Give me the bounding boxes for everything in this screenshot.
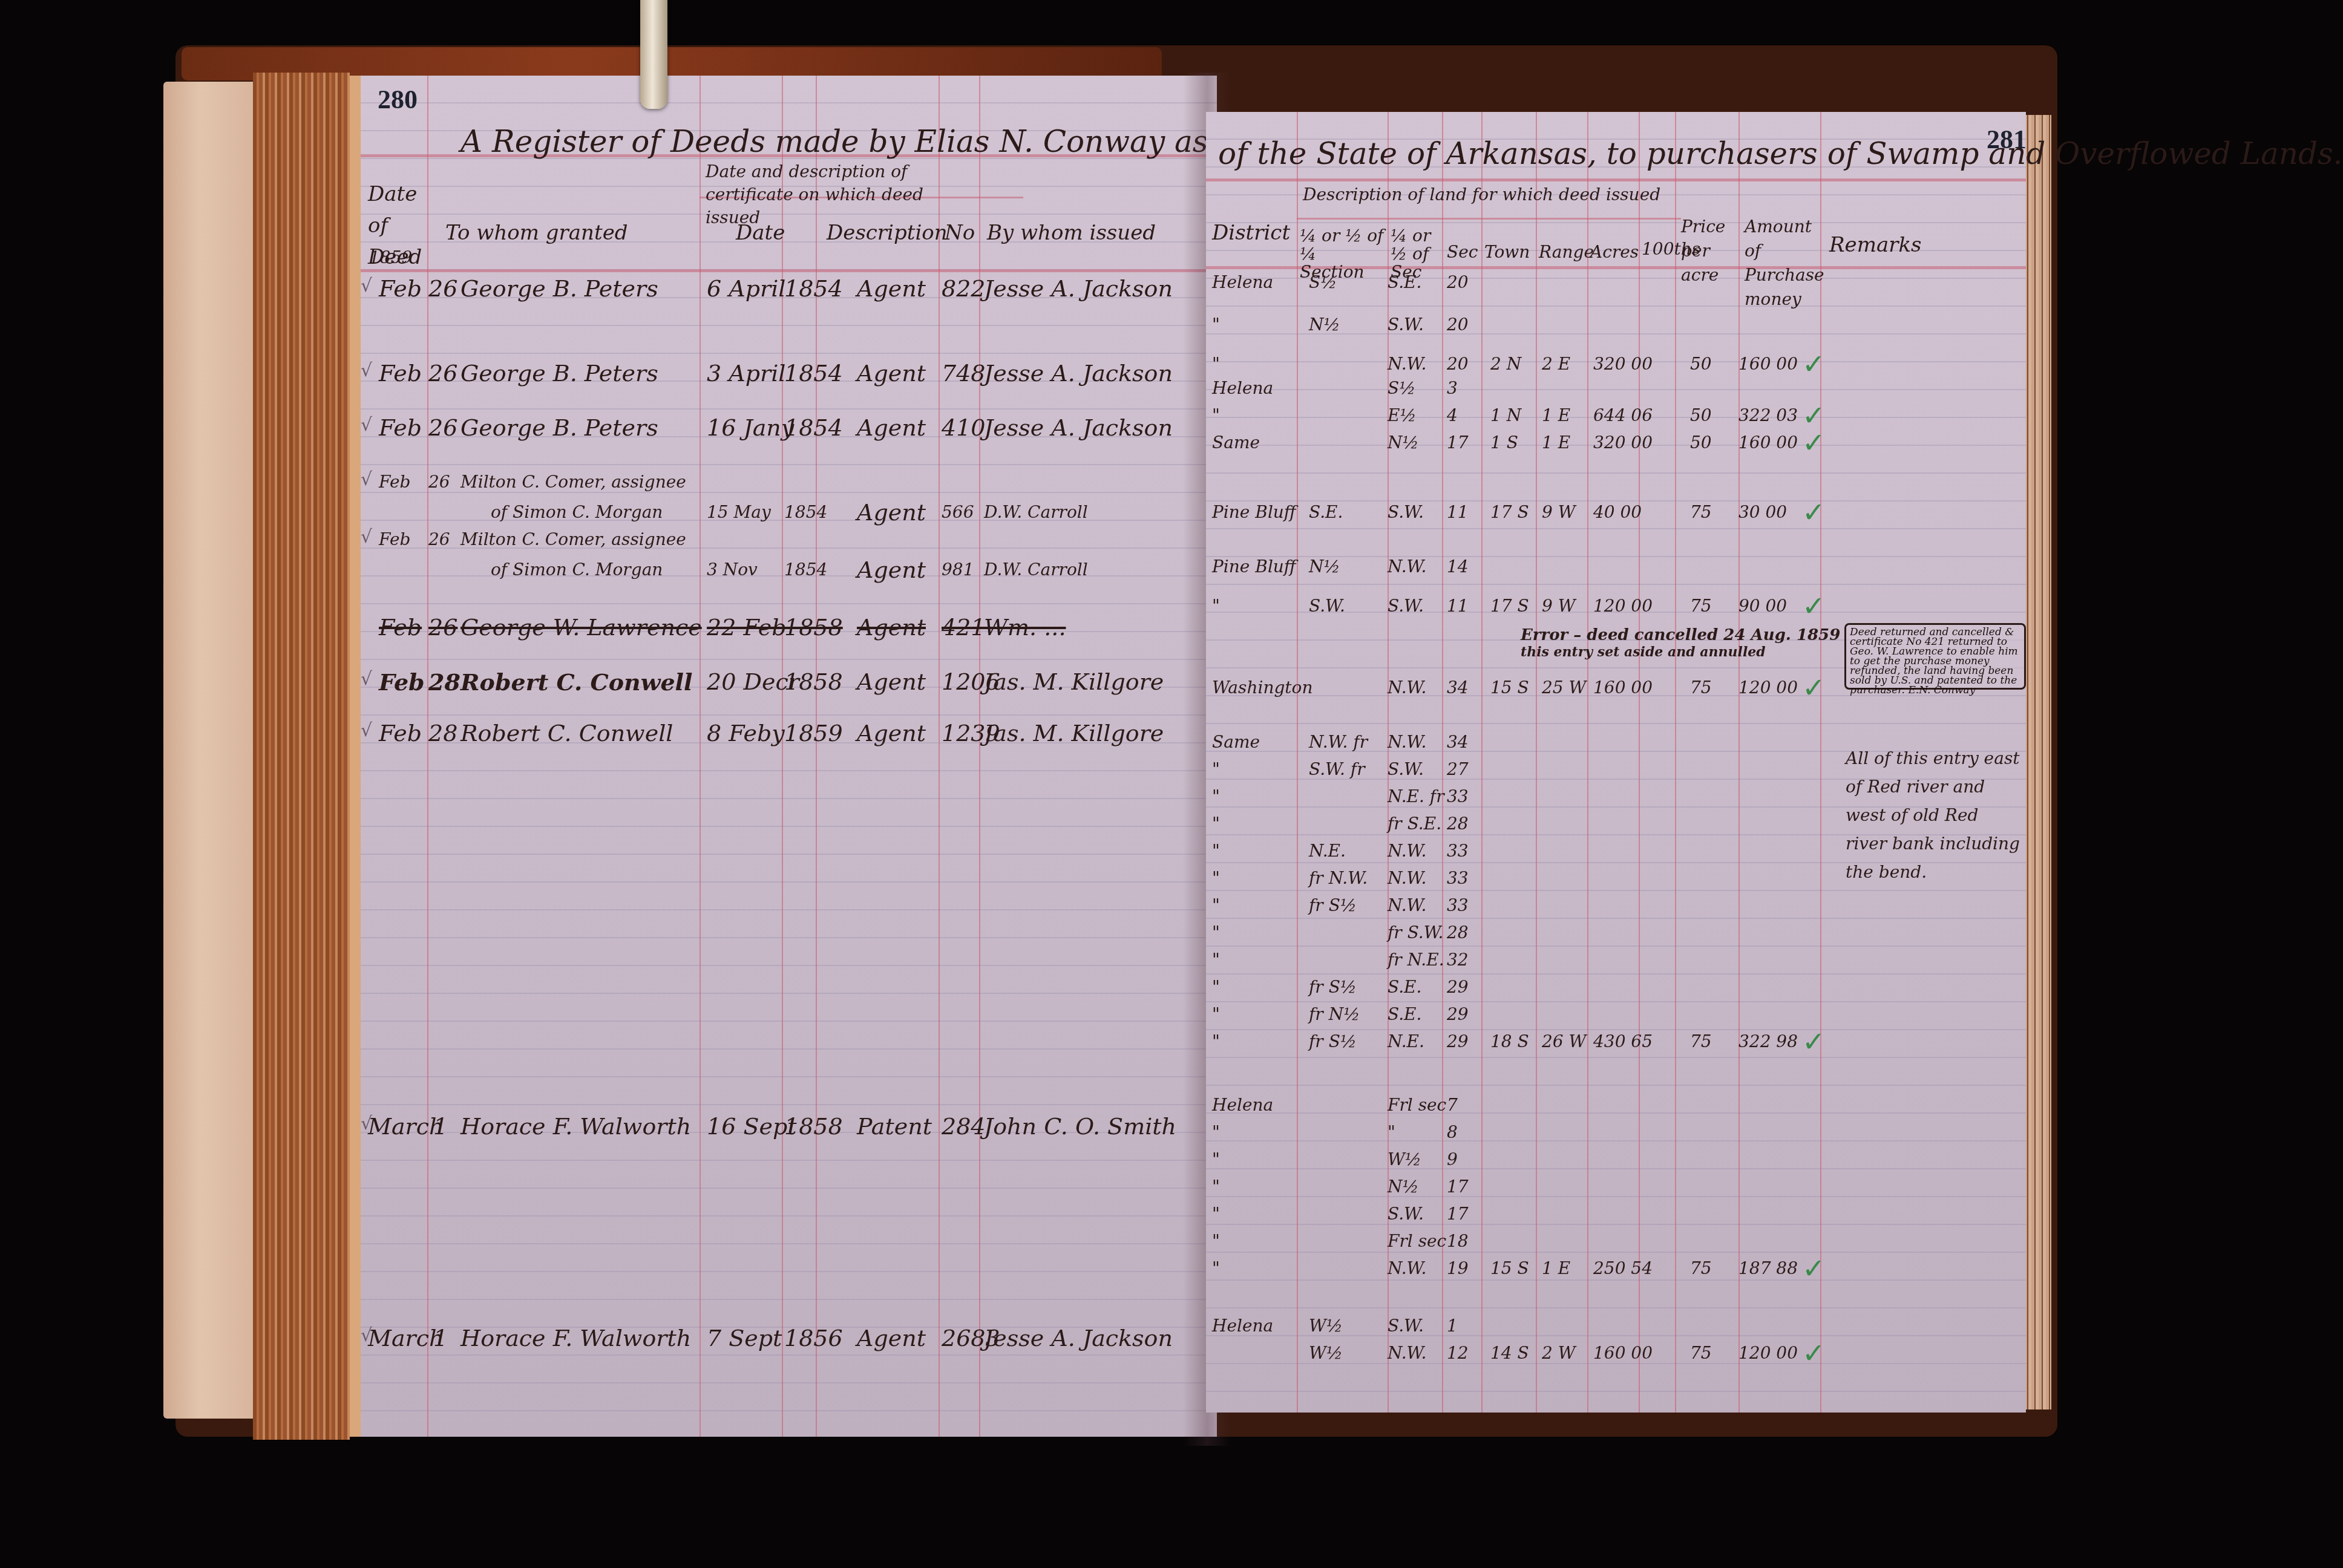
col-divider — [1536, 112, 1537, 1413]
deed-day-struck: 26 — [428, 614, 457, 641]
land-sec: 27 — [1447, 759, 1469, 779]
col-divider — [700, 76, 701, 1437]
page-stack-right — [2024, 115, 2051, 1410]
land-district: Helena — [1212, 1095, 1273, 1115]
cert-desc: Agent — [857, 557, 926, 583]
cert-year: 1858 — [784, 1113, 843, 1140]
land-sec: 32 — [1447, 950, 1469, 970]
deed-month: March — [368, 1113, 444, 1140]
land-district: Same — [1212, 433, 1260, 452]
land-sec: 9 — [1447, 1149, 1458, 1169]
land-acres: 160 00 — [1593, 678, 1653, 697]
page-number-left: 280 — [378, 84, 418, 115]
cert-date: 7 Sept — [707, 1325, 782, 1351]
land-qsec: S.E. — [1388, 1004, 1421, 1024]
land-acres: 320 00 — [1593, 433, 1653, 452]
cert-desc: Agent — [857, 499, 926, 526]
header-date: Date — [736, 221, 785, 245]
land-range: 9 W — [1542, 502, 1576, 522]
land-qsec: S.W. — [1388, 596, 1424, 616]
title-rule — [1206, 178, 2026, 181]
land-sec: 20 — [1447, 354, 1469, 374]
land-range: 9 W — [1542, 596, 1576, 616]
margin-check-icon: √ — [361, 668, 372, 690]
land-qsec: " — [1388, 1122, 1395, 1142]
grantee-line2: of Simon C. Morgan — [491, 502, 663, 522]
header-year: 1859 — [369, 247, 412, 267]
land-district: " — [1212, 759, 1220, 779]
header-town: Town — [1484, 242, 1530, 262]
land-acres: 320 00 — [1593, 354, 1653, 374]
grantee: Robert C. Conwell — [460, 668, 693, 696]
cert-year: 1854 — [784, 414, 843, 441]
land-qs: S.W. fr — [1309, 759, 1365, 779]
cert-no: 566 — [942, 502, 974, 522]
land-qs: N.E. — [1309, 841, 1346, 861]
land-range: 1 E — [1542, 433, 1570, 452]
cert-year: 1854 — [784, 275, 843, 302]
land-district: " — [1212, 1149, 1220, 1169]
header-price-per-acre: Price per acre — [1681, 215, 1735, 287]
group-rule — [1297, 218, 1681, 220]
cert-year: 1854 — [784, 502, 827, 522]
issued-by: Jas. M. Killgore — [984, 720, 1164, 746]
issued-by: Jas. M. Killgore — [984, 668, 1164, 695]
land-district: Washington — [1212, 678, 1313, 697]
land-sec: 20 — [1447, 315, 1469, 335]
green-check-icon: ✓ — [1802, 348, 1826, 381]
deed-month: Feb — [379, 360, 422, 387]
page-stack-left — [253, 73, 350, 1440]
deed-day: 28 — [428, 668, 460, 696]
land-qsec: N.W. — [1388, 732, 1426, 752]
land-town: 18 S — [1490, 1031, 1529, 1051]
land-qs: S.E. — [1309, 502, 1343, 522]
land-price: 50 — [1690, 354, 1712, 374]
land-district: " — [1212, 1122, 1220, 1142]
green-check-icon: ✓ — [1802, 1252, 1826, 1285]
land-sec: 29 — [1447, 1004, 1469, 1024]
header-certificate-group: Date and description of certificate on w… — [706, 160, 948, 229]
land-sec: 33 — [1447, 786, 1469, 806]
green-check-icon: ✓ — [1802, 590, 1826, 622]
land-district: Pine Bluff — [1212, 502, 1296, 522]
land-price: 50 — [1690, 405, 1712, 425]
land-amount: 90 00 — [1738, 596, 1787, 616]
land-sec: 19 — [1447, 1258, 1469, 1278]
land-sec: 28 — [1447, 923, 1469, 942]
land-district: Helena — [1212, 378, 1273, 398]
cert-desc: Agent — [857, 1325, 926, 1351]
land-amount: 160 00 — [1738, 433, 1798, 452]
land-qsec: N.E. — [1388, 1031, 1424, 1051]
cert-desc: Agent — [857, 275, 926, 302]
land-district: " — [1212, 786, 1220, 806]
deed-month: March — [368, 1325, 444, 1351]
land-qsec: N½ — [1388, 1177, 1419, 1197]
land-qs: fr S½ — [1309, 977, 1357, 997]
deed-day: 26 — [428, 275, 457, 302]
land-qsec: fr S.E. — [1388, 814, 1441, 834]
land-sec: 33 — [1447, 868, 1469, 888]
grantee: George B. Peters — [460, 275, 658, 302]
land-acres: 40 00 — [1593, 502, 1642, 522]
land-price: 50 — [1690, 433, 1712, 452]
land-acres: 430 65 — [1593, 1031, 1653, 1051]
land-qsec: S.W. — [1388, 502, 1424, 522]
land-amount: 322 98 — [1738, 1031, 1798, 1051]
land-qs: W½ — [1309, 1316, 1343, 1336]
header-description: Description — [827, 221, 948, 245]
land-sec: 11 — [1447, 596, 1469, 616]
grantee: Milton C. Comer, assignee — [460, 529, 686, 549]
cert-no: 410 — [942, 414, 986, 441]
land-qs: W½ — [1309, 1343, 1343, 1363]
cert-no: 748 — [942, 360, 986, 387]
col-divider — [1481, 112, 1483, 1413]
land-range: 25 W — [1542, 678, 1586, 697]
land-qs: N.W. fr — [1309, 732, 1368, 752]
land-qsec: S½ — [1388, 378, 1415, 398]
cert-date: 3 April — [707, 360, 786, 387]
land-qsec: N.E. fr — [1388, 786, 1444, 806]
land-amount: 120 00 — [1738, 1343, 1798, 1363]
header-remarks: Remarks — [1829, 233, 1922, 257]
deed-month: Feb — [379, 275, 422, 302]
land-sec: 20 — [1447, 272, 1469, 292]
land-acres: 160 00 — [1593, 1343, 1653, 1363]
land-qs: fr N.W. — [1309, 868, 1368, 888]
grantee-line2: of Simon C. Morgan — [491, 560, 663, 580]
header-range: Range — [1539, 242, 1594, 262]
land-qsec: N.W. — [1388, 868, 1426, 888]
deed-month: Feb — [379, 720, 422, 746]
grantee: George B. Peters — [460, 360, 658, 387]
land-qsec: S.E. — [1388, 272, 1421, 292]
land-acres: 250 54 — [1593, 1258, 1653, 1278]
land-sec: 34 — [1447, 732, 1469, 752]
land-town: 1 N — [1490, 405, 1521, 425]
cert-year-struck: 1858 — [784, 614, 843, 641]
col-divider — [1442, 112, 1443, 1413]
land-price: 75 — [1690, 1031, 1712, 1051]
land-sec: 17 — [1447, 433, 1469, 452]
header-by-whom-issued: By whom issued — [987, 221, 1156, 245]
deed-month: Feb — [379, 472, 410, 492]
land-town: 14 S — [1490, 1343, 1529, 1363]
land-district: " — [1212, 1177, 1220, 1197]
land-qsec: S.E. — [1388, 977, 1421, 997]
land-district: " — [1212, 1004, 1220, 1024]
land-district: " — [1212, 895, 1220, 915]
header-rule — [361, 269, 1217, 272]
cert-year: 1854 — [784, 360, 843, 387]
margin-check-icon: √ — [361, 720, 372, 741]
page-title-right: of the State of Arkansas, to purchasers … — [1218, 136, 2343, 171]
land-town: 15 S — [1490, 1258, 1529, 1278]
land-amount: 30 00 — [1738, 502, 1787, 522]
land-town: 17 S — [1490, 596, 1529, 616]
land-qsec: N.W. — [1388, 354, 1426, 374]
land-qsec: N½ — [1388, 433, 1419, 452]
cert-desc: Agent — [857, 414, 926, 441]
green-check-icon: ✓ — [1802, 671, 1826, 704]
col-divider — [1738, 112, 1740, 1413]
land-district: " — [1212, 1258, 1220, 1278]
deed-day: 26 — [428, 414, 457, 441]
left-page: 280 A Register of Deeds made by Elias N.… — [350, 76, 1217, 1437]
land-qsec: Frl sec — [1388, 1231, 1446, 1251]
issued-by-struck: Wm. ... — [984, 614, 1066, 641]
land-price: 75 — [1690, 678, 1712, 697]
deed-day: 26 — [428, 472, 450, 492]
col-divider — [1587, 112, 1588, 1413]
land-district: Helena — [1212, 1316, 1273, 1336]
land-sec: 18 — [1447, 1231, 1469, 1251]
land-qs: fr S½ — [1309, 1031, 1357, 1051]
land-amount: 120 00 — [1738, 678, 1798, 697]
land-sec: 28 — [1447, 814, 1469, 834]
land-sec: 33 — [1447, 895, 1469, 915]
land-qsec: N.W. — [1388, 1343, 1426, 1363]
cert-date: 16 Jany — [707, 414, 794, 441]
cert-desc: Patent — [857, 1113, 932, 1140]
cert-no: 981 — [942, 560, 974, 580]
land-sec: 34 — [1447, 678, 1469, 697]
grantee-struck: George W. Lawrence — [460, 614, 702, 641]
margin-check-icon: √ — [361, 526, 372, 547]
green-check-icon: ✓ — [1802, 1025, 1826, 1058]
issued-by: Jesse A. Jackson — [984, 414, 1173, 441]
land-district: " — [1212, 596, 1220, 616]
col-divider — [1820, 112, 1821, 1413]
photo-background: 280 A Register of Deeds made by Elias N.… — [0, 0, 2343, 1568]
deed-month-struck: Feb — [379, 614, 422, 641]
header-to-whom-granted: To whom granted — [445, 221, 628, 245]
land-qs: fr S½ — [1309, 895, 1357, 915]
land-sec: 7 — [1447, 1095, 1458, 1115]
cert-no: 822 — [942, 275, 986, 302]
issued-by: D.W. Carroll — [984, 560, 1088, 580]
land-qs: fr N½ — [1309, 1004, 1360, 1024]
land-sec: 29 — [1447, 977, 1469, 997]
land-district: " — [1212, 1204, 1220, 1224]
col-divider — [1297, 112, 1298, 1413]
header-district: District — [1212, 221, 1290, 245]
land-qsec: N.W. — [1388, 678, 1426, 697]
green-check-icon: ✓ — [1802, 1337, 1826, 1370]
margin-check-icon: √ — [361, 414, 372, 436]
cert-date: 6 April — [707, 275, 786, 302]
cert-desc: Agent — [857, 720, 926, 746]
land-sec: 17 — [1447, 1177, 1469, 1197]
land-district: " — [1212, 923, 1220, 942]
land-sec: 4 — [1447, 405, 1458, 425]
land-district: Pine Bluff — [1212, 557, 1296, 577]
deed-day: 26 — [428, 360, 457, 387]
remarks-washington: All of this entry east of Red river and … — [1846, 744, 2021, 886]
issued-by: Jesse A. Jackson — [984, 360, 1173, 387]
cert-date: 15 May — [707, 502, 771, 522]
deed-month: Feb — [379, 414, 422, 441]
land-sec: 29 — [1447, 1031, 1469, 1051]
land-amount: 160 00 — [1738, 354, 1798, 374]
land-range: 2 W — [1542, 1343, 1576, 1363]
header-amount: Amount of Purchase money — [1745, 215, 1817, 312]
land-price: 75 — [1690, 1258, 1712, 1278]
land-district: Same — [1212, 732, 1260, 752]
issued-by: Jesse A. Jackson — [984, 275, 1173, 302]
land-price: 75 — [1690, 1343, 1712, 1363]
cancellation-line1: Error – deed cancelled 24 Aug. 1859 — [1521, 626, 1840, 644]
cert-no-struck: 421 — [942, 614, 986, 641]
col-divider — [1639, 112, 1640, 1413]
land-qs: N½ — [1309, 315, 1340, 335]
header-sec: Sec — [1447, 242, 1478, 262]
land-qsec: E½ — [1388, 405, 1417, 425]
metal-bookmark — [640, 0, 667, 109]
land-price: 75 — [1690, 502, 1712, 522]
land-district: " — [1212, 868, 1220, 888]
land-sec: 17 — [1447, 1204, 1469, 1224]
grantee: Milton C. Comer, assignee — [460, 472, 686, 492]
land-qsec: S.W. — [1388, 759, 1424, 779]
land-qs: N½ — [1309, 557, 1340, 577]
margin-check-icon: √ — [361, 469, 372, 490]
grantee: Horace F. Walworth — [460, 1113, 691, 1140]
land-district: " — [1212, 354, 1220, 374]
land-district: " — [1212, 1231, 1220, 1251]
land-sec: 33 — [1447, 841, 1469, 861]
land-qsec: N.W. — [1388, 895, 1426, 915]
deed-day: 1 — [433, 1113, 448, 1140]
grantee: Robert C. Conwell — [460, 720, 673, 746]
land-town: 1 S — [1490, 433, 1518, 452]
land-range: 1 E — [1542, 405, 1570, 425]
cert-desc: Agent — [857, 360, 926, 387]
land-qs: S½ — [1309, 272, 1337, 292]
cert-date: 16 Sept — [707, 1113, 797, 1140]
cert-date-struck: 22 Feb — [707, 614, 787, 641]
land-district: Helena — [1212, 272, 1273, 292]
green-check-icon: ✓ — [1802, 496, 1826, 529]
cert-no: 284 — [942, 1113, 986, 1140]
land-sec: 11 — [1447, 502, 1469, 522]
cert-year: 1858 — [784, 668, 843, 695]
land-qsec: W½ — [1388, 1149, 1421, 1169]
land-qsec: fr N.E. — [1388, 950, 1444, 970]
cert-date: 8 Feby — [707, 720, 785, 746]
cancellation-line2: this entry set aside and annulled — [1521, 644, 1766, 660]
issued-by: Jesse A. Jackson — [984, 1325, 1173, 1351]
land-range: 26 W — [1542, 1031, 1586, 1051]
col-divider — [1675, 112, 1676, 1413]
cancellation-note: Deed returned and cancelled & certificat… — [1844, 623, 2026, 690]
grantee: George B. Peters — [460, 414, 658, 441]
flyleaf — [163, 82, 254, 1419]
land-district: " — [1212, 405, 1220, 425]
land-district: " — [1212, 841, 1220, 861]
land-qsec: S.W. — [1388, 1316, 1424, 1336]
land-amount: 187 88 — [1738, 1258, 1798, 1278]
cert-year: 1859 — [784, 720, 843, 746]
land-district: " — [1212, 315, 1220, 335]
cert-year: 1854 — [784, 560, 827, 580]
land-qsec: fr S.W. — [1388, 923, 1444, 942]
issued-by: John C. O. Smith — [984, 1113, 1176, 1140]
deed-day: 28 — [428, 720, 457, 746]
green-check-icon: ✓ — [1802, 426, 1826, 459]
header-no: No — [945, 221, 975, 245]
land-sec: 3 — [1447, 378, 1458, 398]
land-sec: 14 — [1447, 557, 1469, 577]
land-sec: 1 — [1447, 1316, 1458, 1336]
land-qsec: N.W. — [1388, 841, 1426, 861]
header-acres: Acres — [1590, 242, 1639, 262]
col-divider — [939, 76, 940, 1437]
margin-check-icon: √ — [361, 360, 372, 381]
land-qsec: Frl sec — [1388, 1095, 1446, 1115]
issued-by: D.W. Carroll — [984, 502, 1088, 522]
deed-month: Feb — [379, 529, 410, 549]
cert-year: 1856 — [784, 1325, 843, 1351]
land-town: 17 S — [1490, 502, 1529, 522]
land-acres: 644 06 — [1593, 405, 1653, 425]
land-range: 1 E — [1542, 1258, 1570, 1278]
cert-desc: Agent — [857, 668, 926, 695]
land-qsec: S.W. — [1388, 1204, 1424, 1224]
grantee: Horace F. Walworth — [460, 1325, 691, 1351]
land-qsec: N.W. — [1388, 1258, 1426, 1278]
land-qs: S.W. — [1309, 596, 1345, 616]
header-land-group: Description of land for which deed issue… — [1303, 185, 1660, 204]
land-town: 2 N — [1490, 354, 1521, 374]
land-amount: 322 03 — [1738, 405, 1798, 425]
cert-date: 3 Nov — [707, 560, 758, 580]
deed-day: 1 — [433, 1325, 448, 1351]
land-district: " — [1212, 814, 1220, 834]
land-qsec: S.W. — [1388, 315, 1424, 335]
land-acres: 120 00 — [1593, 596, 1653, 616]
cert-desc-struck: Agent — [857, 614, 926, 641]
land-district: " — [1212, 1031, 1220, 1051]
land-district: " — [1212, 950, 1220, 970]
margin-check-icon: √ — [361, 275, 372, 296]
land-price: 75 — [1690, 596, 1712, 616]
land-town: 15 S — [1490, 678, 1529, 697]
deed-day: 26 — [428, 529, 450, 549]
deed-month: Feb — [379, 668, 425, 696]
land-range: 2 E — [1542, 354, 1570, 374]
land-qsec: N.W. — [1388, 557, 1426, 577]
land-sec: 8 — [1447, 1122, 1458, 1142]
land-sec: 12 — [1447, 1343, 1469, 1363]
land-district: " — [1212, 977, 1220, 997]
